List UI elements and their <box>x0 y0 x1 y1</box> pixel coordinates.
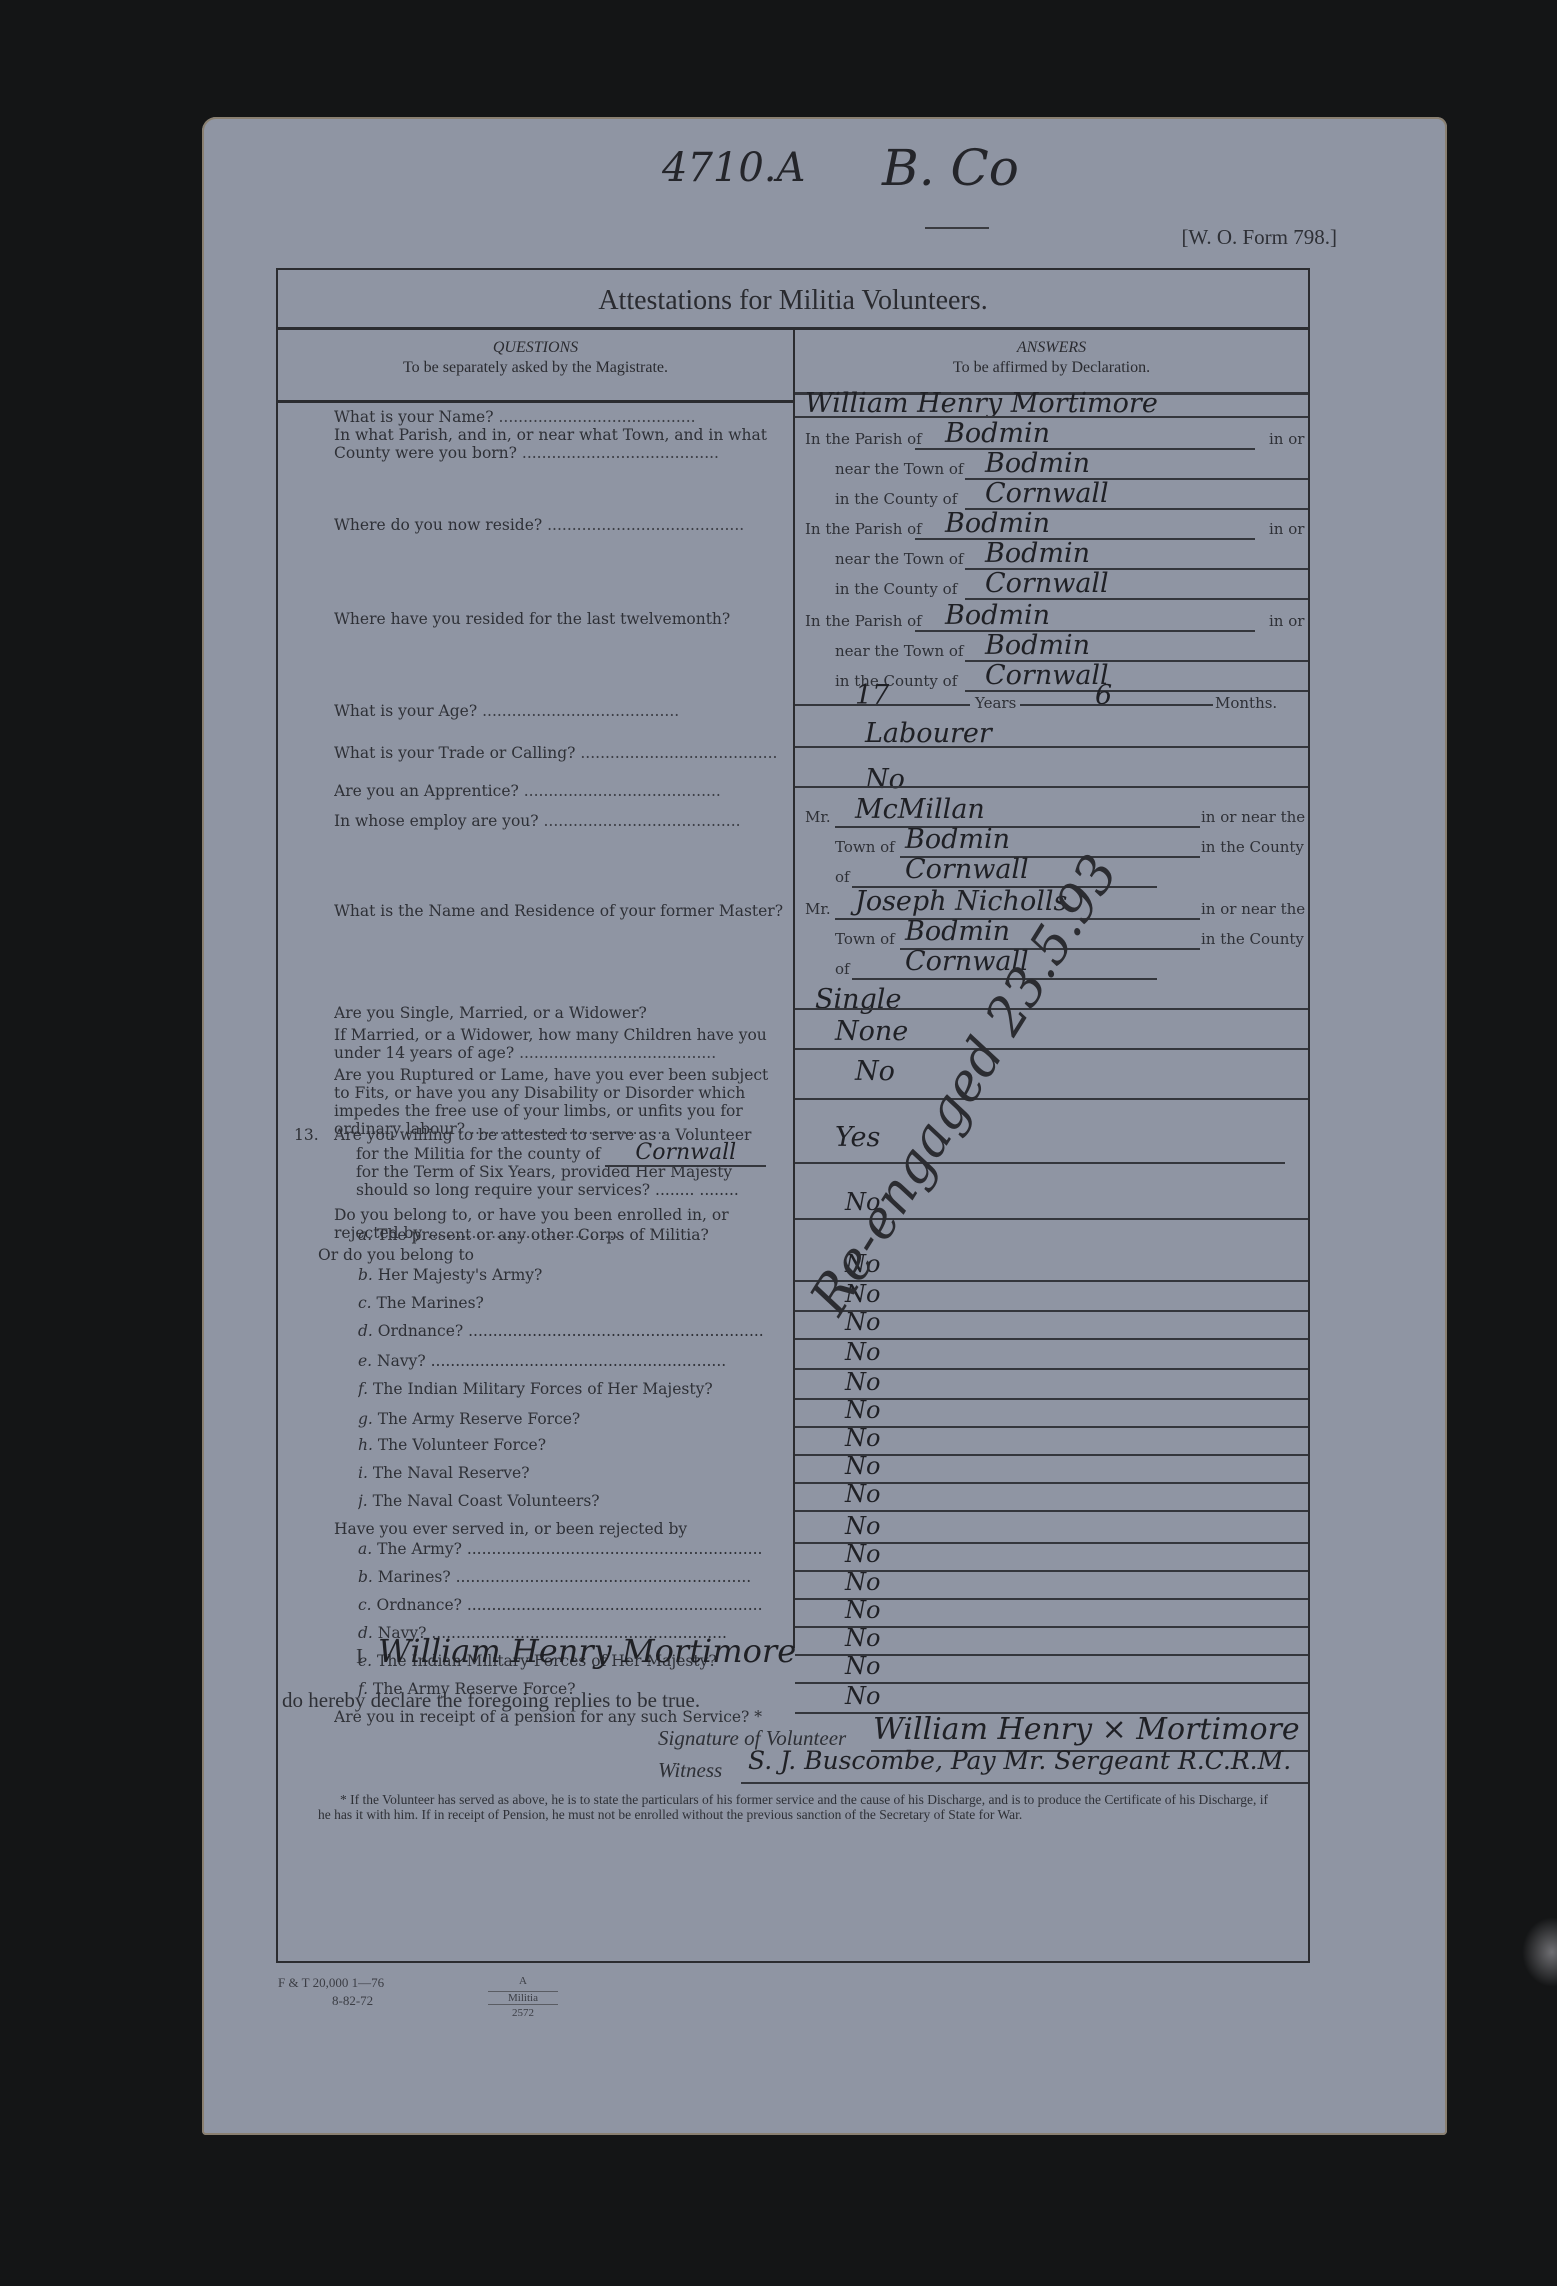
classification-mid: Militia <box>488 1991 558 2005</box>
question-15-item: a. The Army? ...........................… <box>358 1540 778 1558</box>
question-14-item: d. Ordnance? ...........................… <box>358 1322 778 1340</box>
answer-children[interactable]: None <box>835 1016 908 1047</box>
leader-dots: ........................................ <box>519 1044 716 1062</box>
item-letter: d. <box>358 1322 378 1340</box>
leader-dots: ........................................ <box>524 782 721 800</box>
answer-line <box>795 416 1308 418</box>
answer-label: In the Parish of <box>805 612 922 630</box>
answer-residence-last-year-county[interactable]: Cornwall <box>985 660 1109 691</box>
company-underline <box>925 227 989 229</box>
question-9: 9,What is the Name and Residence of your… <box>334 902 804 922</box>
militia-county[interactable]: Cornwall <box>605 1140 766 1167</box>
item-text: The Naval Reserve? .....................… <box>358 1464 654 1484</box>
volunteer-signature: William Henry × Mortimore <box>873 1712 1300 1747</box>
question-14-item: e. Navy? ...............................… <box>358 1352 778 1370</box>
item-text: The Naval Coast Volunteers? ............… <box>358 1492 654 1512</box>
leader-dots: ........................................ <box>334 1022 531 1024</box>
question-text: Where have you resided for the last twel… <box>334 610 730 628</box>
item-text: The Volunteer Force? ...................… <box>358 1436 654 1456</box>
question-text: Are you Single, Married, or a Widower? <box>334 1004 647 1022</box>
witness-signature: S. J. Buscombe, Pay Mr. Sergeant R.C.R.M… <box>748 1746 1291 1775</box>
answer-line <box>795 1048 1308 1050</box>
answer-residence-last-year-town[interactable]: Bodmin <box>985 630 1090 661</box>
question-14-item: j. The Naval Coast Volunteers? .........… <box>358 1492 778 1512</box>
answer-birth-town[interactable]: Bodmin <box>985 448 1090 479</box>
answer-15-2[interactable]: No <box>845 1568 880 1596</box>
answer-label: in the County of <box>835 672 957 690</box>
answer-label: in or <box>1269 520 1304 538</box>
declaration-text: do hereby declare the foregoing replies … <box>282 1688 700 1713</box>
answer-employer-town[interactable]: Bodmin <box>905 824 1010 855</box>
answer-line <box>965 690 1308 692</box>
answer-line <box>835 918 1200 920</box>
answer-label: In the Parish of <box>805 430 922 448</box>
question-13: 13.Are you willing to be attested to ser… <box>334 1126 794 1199</box>
item-text: The Marines? ...........................… <box>358 1294 654 1314</box>
question-14-item: c. The Marines? ........................… <box>358 1294 778 1314</box>
item-letter: c. <box>358 1294 377 1312</box>
answer-15-5[interactable]: No <box>845 1652 880 1680</box>
item-text: Marines? ...............................… <box>378 1568 751 1586</box>
answer-label: in or <box>1269 430 1304 448</box>
answer-line <box>795 1008 1308 1010</box>
answer-14-8[interactable]: No <box>845 1452 880 1480</box>
answer-label: Months. <box>1215 694 1277 712</box>
question-text: In whose employ are you? <box>334 812 544 830</box>
question-13-line2: for the Militia for the county of Cornwa… <box>334 1144 794 1163</box>
answer-name[interactable]: William Henry Mortimore <box>805 388 1158 419</box>
item-letter: b. <box>358 1568 378 1586</box>
leader-dots: ........................................ <box>544 812 741 830</box>
item-letter: j. <box>358 1492 373 1510</box>
answer-age-months[interactable]: 6 <box>1095 680 1112 711</box>
answer-label: Town of <box>835 838 895 856</box>
answer-birth-county[interactable]: Cornwall <box>985 478 1109 509</box>
question-13-line4: should so long require your services? ..… <box>334 1181 794 1199</box>
question-14-item: g. The Army Reserve Force? .............… <box>358 1410 778 1430</box>
item-text: Ordnance? ..............................… <box>378 1322 764 1340</box>
form-title: Attestations for Militia Volunteers. <box>278 270 1308 330</box>
answer-15-3[interactable]: No <box>845 1596 880 1624</box>
answer-line <box>795 746 1308 748</box>
answer-age-years[interactable]: 17 <box>855 680 889 711</box>
printer-info-line2: 8-82-72 <box>332 1993 373 2009</box>
answer-employer-county[interactable]: Cornwall <box>905 854 1029 885</box>
questions-column-header: QUESTIONS To be separately asked by the … <box>278 330 793 403</box>
answer-marital-status[interactable]: Single <box>815 984 901 1015</box>
answer-14-6[interactable]: No <box>845 1396 880 1424</box>
leader-dots: ........................................ <box>334 920 531 922</box>
answer-residence-parish[interactable]: Bodmin <box>945 508 1050 539</box>
answer-apprentice[interactable]: No <box>865 764 905 795</box>
leader-dots: ........................................ <box>334 628 531 630</box>
item-text: The present or any other Corps of Militi… <box>358 1226 709 1246</box>
answer-residence-town[interactable]: Bodmin <box>985 538 1090 569</box>
answer-14-7[interactable]: No <box>845 1424 880 1452</box>
answer-15-0[interactable]: No <box>845 1512 880 1540</box>
printer-info-line1: F & T 20,000 1—76 <box>278 1975 384 1991</box>
questions-subheading: To be separately asked by the Magistrate… <box>278 358 793 378</box>
answer-willing[interactable]: Yes <box>835 1122 880 1153</box>
leader-dots: ........................................ <box>482 702 679 720</box>
question-11: 11.If Married, or a Widower, how many Ch… <box>334 1026 782 1062</box>
item-text: The Indian Military Forces of Her Majest… <box>358 1380 713 1400</box>
answer-ruptured[interactable]: No <box>855 1056 895 1087</box>
leader-dots: ........................................ <box>522 444 719 462</box>
form-box: Attestations for Militia Volunteers. QUE… <box>276 268 1310 1963</box>
questions-heading: QUESTIONS <box>278 338 793 358</box>
answers-subheading: To be affirmed by Declaration. <box>795 358 1308 378</box>
question-text: Are you an Apprentice? <box>334 782 524 800</box>
question-14-item: a. The present or any other Corps of Mil… <box>358 1226 778 1246</box>
answer-label: in the County of <box>835 580 957 598</box>
answer-line <box>835 826 1200 828</box>
column-divider <box>793 330 795 1648</box>
item-letter: g. <box>358 1410 378 1428</box>
answer-line <box>795 786 1308 788</box>
answer-trade[interactable]: Labourer <box>865 718 992 749</box>
question-15-item: b. Marines? ............................… <box>358 1568 778 1586</box>
question-14-item: Or do you belong to <box>318 1246 778 1264</box>
question-14-item: b. Her Majesty's Army? .................… <box>358 1266 778 1286</box>
question-1: 1.What is your Name? ...................… <box>334 408 782 426</box>
question-15-item: c. Ordnance? ...........................… <box>358 1596 778 1614</box>
question-14-item: f. The Indian Military Forces of Her Maj… <box>358 1380 778 1400</box>
answer-label: Years <box>975 694 1016 712</box>
answer-former-master-town[interactable]: Bodmin <box>905 916 1010 947</box>
item-letter: i. <box>358 1464 373 1482</box>
attestation-form-page: 4710.A B. Co [W. O. Form 798.] Attestati… <box>202 117 1447 2135</box>
answer-line <box>795 1098 1308 1100</box>
answer-label: of <box>835 960 850 978</box>
answer-pension[interactable]: No <box>845 1682 880 1710</box>
declarant-name: William Henry Mortimore <box>378 1632 796 1670</box>
answer-label: near the Town of <box>835 460 963 478</box>
item-letter: c. <box>358 1596 377 1614</box>
answer-line <box>795 704 970 706</box>
item-letter: a. <box>358 1226 377 1244</box>
answer-label: In the Parish of <box>805 520 922 538</box>
leader-dots: ........................................ <box>334 1726 531 1728</box>
item-letter: d. <box>358 1624 378 1642</box>
question-10: 10.Are you Single, Married, or a Widower… <box>334 1004 782 1024</box>
question-4: 4.Where have you resided for the last tw… <box>334 610 782 630</box>
answer-line <box>795 1162 1285 1164</box>
question-2: 2.In what Parish, and in, or near what T… <box>334 426 794 462</box>
answer-label: in the County of <box>835 490 957 508</box>
answer-residence-last-year-parish[interactable]: Bodmin <box>945 600 1050 631</box>
footnote: * If the Volunteer has served as above, … <box>318 1792 1278 1822</box>
question-text: What is your Age? <box>334 702 482 720</box>
answers-heading: ANSWERS <box>795 338 1308 358</box>
item-letter: h. <box>358 1436 378 1454</box>
answer-employer-name[interactable]: McMillan <box>855 794 985 825</box>
answer-label: in or near the <box>1201 808 1305 826</box>
answer-former-master-name[interactable]: Joseph Nicholls <box>855 886 1067 917</box>
answer-label: near the Town of <box>835 550 963 568</box>
answer-line <box>1020 704 1213 706</box>
answer-residence-county[interactable]: Cornwall <box>985 568 1109 599</box>
item-text: Or do you belong to <box>318 1246 474 1264</box>
answer-15-4[interactable]: No <box>845 1624 880 1652</box>
question-text: Have you ever served in, or been rejecte… <box>334 1520 687 1538</box>
leader-dots: ........................................ <box>498 408 695 426</box>
answer-14-9[interactable]: No <box>845 1480 880 1508</box>
question-6: 6.What is your Trade or Calling? .......… <box>334 744 782 762</box>
answer-14-4[interactable]: No <box>845 1338 880 1366</box>
answer-birth-parish[interactable]: Bodmin <box>945 418 1050 449</box>
answer-15-1[interactable]: No <box>845 1540 880 1568</box>
question-3: 3.Where do you now reside? .............… <box>334 516 782 534</box>
item-letter: b. <box>358 1266 378 1284</box>
answer-14-5[interactable]: No <box>845 1368 880 1396</box>
question-7: 7.Are you an Apprentice? ...............… <box>334 782 782 800</box>
question-text: What is your Trade or Calling? <box>334 744 580 762</box>
witness-label: Witness <box>658 1758 722 1783</box>
reference-number: 4710.A <box>662 145 805 191</box>
declaration-prefix: I <box>356 1644 363 1669</box>
classification-top: A <box>498 1975 548 1987</box>
question-5: 5.What is your Age? ....................… <box>334 702 782 720</box>
question-number: 13. <box>294 1126 319 1144</box>
question-8: 8.In whose employ are you? .............… <box>334 812 782 830</box>
question-text: Where do you now reside? <box>334 516 547 534</box>
item-text: The Army? ..............................… <box>377 1540 762 1558</box>
answer-label: of <box>835 868 850 886</box>
answer-label: Mr. <box>805 900 831 918</box>
question-text: What is the Name and Residence of your f… <box>334 902 783 920</box>
witness-line <box>741 1782 1308 1784</box>
item-letter: a. <box>358 1540 377 1558</box>
answer-label: in the County <box>1201 930 1304 948</box>
item-text: Her Majesty's Army? ....................… <box>358 1266 654 1286</box>
item-letter: f. <box>358 1380 373 1398</box>
leader-dots: ........................................ <box>580 744 777 762</box>
answer-label: Mr. <box>805 808 831 826</box>
item-letter: e. <box>358 1352 377 1370</box>
answer-label: in or near the <box>1201 900 1305 918</box>
answer-label: in the County <box>1201 838 1304 856</box>
answer-label: near the Town of <box>835 642 963 660</box>
form-reference: [W. O. Form 798.] <box>1181 225 1337 250</box>
question-text: What is your Name? <box>334 408 498 426</box>
item-text: The Army Reserve Force? ................… <box>358 1410 654 1430</box>
leader-dots: ........................................ <box>547 516 744 534</box>
question-14-item: i. The Naval Reserve? ..................… <box>358 1464 778 1484</box>
item-text: Navy? ..................................… <box>377 1352 726 1370</box>
answer-label: in or <box>1269 612 1304 630</box>
question-15: 15.Have you ever served in, or been reje… <box>334 1520 794 1540</box>
item-text: Ordnance? ..............................… <box>377 1596 763 1614</box>
ink-stain <box>1522 1917 1557 1987</box>
classification-bottom: 2572 <box>498 2007 548 2019</box>
question-14-item: h. The Volunteer Force? ................… <box>358 1436 778 1456</box>
answer-label: Town of <box>835 930 895 948</box>
company-annotation: B. Co <box>882 139 1019 197</box>
